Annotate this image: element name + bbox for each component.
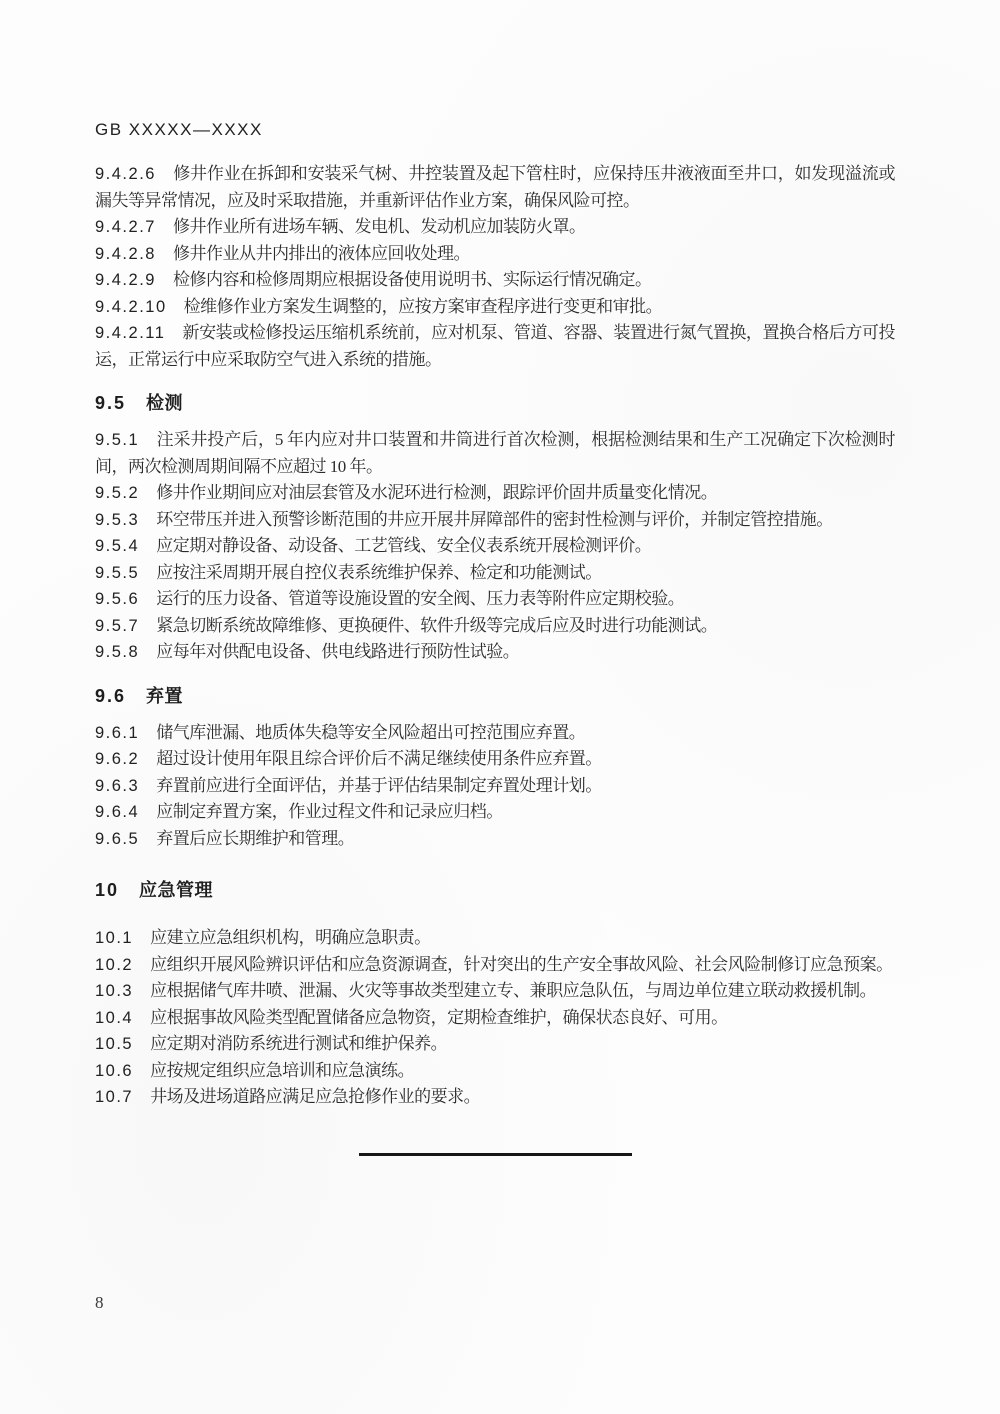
document-content: 9.4.2.6修井作业在拆卸和安装采气树、井控装置及起下管柱时，应保持压井液液面… <box>95 161 895 1156</box>
clause-text: 储气库泄漏、地质体失稳等安全风险超出可控范围应弃置。 <box>156 723 585 742</box>
clause-10.7: 10.7井场及进场道路应满足应急抢修作业的要求。 <box>95 1084 895 1111</box>
clause-number: 9.5.2 <box>95 484 139 502</box>
heading-9.6: 9.6弃置 <box>95 683 895 710</box>
clause-text: 弃置后应长期维护和管理。 <box>156 829 354 848</box>
clause-text: 修井作业从井内排出的液体应回收处理。 <box>173 244 470 263</box>
clause-10.3: 10.3应根据储气库井喷、泄漏、火灾等事故类型建立专、兼职应急队伍，与周边单位建… <box>95 978 895 1005</box>
clause-9.5.8: 9.5.8应每年对供配电设备、供电线路进行预防性试验。 <box>95 639 895 666</box>
clause-10.4: 10.4应根据事故风险类型配置储备应急物资，定期检查维护，确保状态良好、可用。 <box>95 1005 895 1032</box>
page-number: 8 <box>95 1293 104 1313</box>
heading-text: 检测 <box>146 393 183 413</box>
clause-text: 检修内容和检修周期应根据设备使用说明书、实际运行情况确定。 <box>173 270 652 289</box>
clause-text: 新安装或检修投运压缩机系统前，应对机泵、管道、容器、装置进行氮气置换，置换合格后… <box>95 323 895 369</box>
clause-text: 井场及进场道路应满足应急抢修作业的要求。 <box>150 1087 480 1106</box>
clause-9.6.2: 9.6.2超过设计使用年限且综合评价后不满足继续使用条件应弃置。 <box>95 746 895 773</box>
clause-9.6.5: 9.6.5弃置后应长期维护和管理。 <box>95 826 895 853</box>
clause-number: 9.4.2.9 <box>95 271 156 289</box>
clause-9.6.4: 9.6.4应制定弃置方案，作业过程文件和记录应归档。 <box>95 799 895 826</box>
clause-number: 10.4 <box>95 1009 133 1027</box>
clause-text: 应定期对静设备、动设备、工艺管线、安全仪表系统开展检测评价。 <box>156 536 651 555</box>
clause-text: 注采井投产后，5 年内应对井口装置和井筒进行首次检测，根据检测结果和生产工况确定… <box>95 430 895 476</box>
heading-text: 应急管理 <box>139 880 213 900</box>
clause-text: 应根据储气库井喷、泄漏、火灾等事故类型建立专、兼职应急队伍，与周边单位建立联动救… <box>150 981 876 1000</box>
clause-9.6.3: 9.6.3弃置前应进行全面评估，并基于评估结果制定弃置处理计划。 <box>95 773 895 800</box>
document-page: GB XXXXX—XXXX 9.4.2.6修井作业在拆卸和安装采气树、井控装置及… <box>0 0 1000 1414</box>
clause-number: 10.7 <box>95 1088 133 1106</box>
clause-text: 弃置前应进行全面评估，并基于评估结果制定弃置处理计划。 <box>156 776 602 795</box>
end-of-text-rule <box>359 1153 632 1156</box>
clause-text: 应定期对消防系统进行测试和维护保养。 <box>150 1034 447 1053</box>
clause-number: 9.4.2.10 <box>95 298 167 316</box>
clause-9.4.2.10: 9.4.2.10检维修作业方案发生调整的，应按方案审查程序进行变更和审批。 <box>95 294 895 321</box>
clause-number: 10.2 <box>95 956 133 974</box>
clause-9.4.2.7: 9.4.2.7修井作业所有进场车辆、发电机、发动机应加装防火罩。 <box>95 214 895 241</box>
clause-9.4.2.9: 9.4.2.9检修内容和检修周期应根据设备使用说明书、实际运行情况确定。 <box>95 267 895 294</box>
clause-text: 应按注采周期开展自控仪表系统维护保养、检定和功能测试。 <box>156 563 602 582</box>
heading-number: 10 <box>95 880 119 900</box>
clause-text: 运行的压力设备、管道等设施设置的安全阀、压力表等附件应定期校验。 <box>156 589 684 608</box>
clause-10.5: 10.5应定期对消防系统进行测试和维护保养。 <box>95 1031 895 1058</box>
heading-10: 10应急管理 <box>95 877 895 904</box>
clause-9.5.1: 9.5.1注采井投产后，5 年内应对井口装置和井筒进行首次检测，根据检测结果和生… <box>95 427 895 480</box>
clause-text: 修井作业期间应对油层套管及水泥环进行检测，跟踪评价固井质量变化情况。 <box>156 483 717 502</box>
heading-number: 9.5 <box>95 393 126 413</box>
clause-10.6: 10.6应按规定组织应急培训和应急演练。 <box>95 1058 895 1085</box>
clause-number: 9.6.2 <box>95 750 139 768</box>
clause-number: 9.5.6 <box>95 590 139 608</box>
clause-number: 9.5.7 <box>95 617 139 635</box>
heading-9.5: 9.5检测 <box>95 390 895 417</box>
clause-9.5.7: 9.5.7紧急切断系统故障维修、更换硬件、软件升级等完成后应及时进行功能测试。 <box>95 613 895 640</box>
clause-9.5.6: 9.5.6运行的压力设备、管道等设施设置的安全阀、压力表等附件应定期校验。 <box>95 586 895 613</box>
clause-number: 9.6.4 <box>95 803 139 821</box>
clause-text: 紧急切断系统故障维修、更换硬件、软件升级等完成后应及时进行功能测试。 <box>156 616 717 635</box>
clause-10.2: 10.2应组织开展风险辨识评估和应急资源调查，针对突出的生产安全事故风险、社会风… <box>95 952 895 979</box>
clause-10.1: 10.1应建立应急组织机构，明确应急职责。 <box>95 925 895 952</box>
heading-number: 9.6 <box>95 686 126 706</box>
clause-number: 9.5.4 <box>95 537 139 555</box>
clause-text: 检维修作业方案发生调整的，应按方案审查程序进行变更和审批。 <box>184 297 663 316</box>
clause-text: 应根据事故风险类型配置储备应急物资，定期检查维护，确保状态良好、可用。 <box>150 1008 728 1027</box>
clause-number: 9.6.1 <box>95 724 139 742</box>
clause-text: 修井作业所有进场车辆、发电机、发动机应加装防火罩。 <box>173 217 586 236</box>
clause-9.6.1: 9.6.1储气库泄漏、地质体失稳等安全风险超出可控范围应弃置。 <box>95 720 895 747</box>
clause-9.4.2.11: 9.4.2.11新安装或检修投运压缩机系统前，应对机泵、管道、容器、装置进行氮气… <box>95 320 895 373</box>
clause-9.4.2.8: 9.4.2.8修井作业从井内排出的液体应回收处理。 <box>95 241 895 268</box>
clause-number: 9.4.2.8 <box>95 245 156 263</box>
clause-text: 应按规定组织应急培训和应急演练。 <box>150 1061 414 1080</box>
clause-number: 10.5 <box>95 1035 133 1053</box>
clause-9.4.2.6: 9.4.2.6修井作业在拆卸和安装采气树、井控装置及起下管柱时，应保持压井液液面… <box>95 161 895 214</box>
clause-text: 应建立应急组织机构，明确应急职责。 <box>150 928 431 947</box>
clause-text: 应每年对供配电设备、供电线路进行预防性试验。 <box>156 642 519 661</box>
clause-number: 9.6.5 <box>95 830 139 848</box>
clause-number: 9.5.8 <box>95 643 139 661</box>
standard-number-header: GB XXXXX—XXXX <box>95 120 263 140</box>
clause-number: 9.5.3 <box>95 511 139 529</box>
clause-9.5.4: 9.5.4应定期对静设备、动设备、工艺管线、安全仪表系统开展检测评价。 <box>95 533 895 560</box>
clause-text: 应组织开展风险辨识评估和应急资源调查，针对突出的生产安全事故风险、社会风险制修订… <box>150 955 893 974</box>
clause-number: 9.4.2.6 <box>95 165 156 183</box>
clause-number: 9.5.5 <box>95 564 139 582</box>
clause-9.5.3: 9.5.3环空带压并进入预警诊断范围的井应开展井屏障部件的密封性检测与评价，并制… <box>95 507 895 534</box>
clause-text: 修井作业在拆卸和安装采气树、井控装置及起下管柱时，应保持压井液液面至井口，如发现… <box>95 164 895 210</box>
clause-text: 应制定弃置方案，作业过程文件和记录应归档。 <box>156 802 503 821</box>
heading-text: 弃置 <box>146 686 183 706</box>
clause-text: 超过设计使用年限且综合评价后不满足继续使用条件应弃置。 <box>156 749 602 768</box>
clause-number: 10.6 <box>95 1062 133 1080</box>
clause-number: 10.1 <box>95 929 133 947</box>
clause-number: 9.4.2.11 <box>95 324 165 342</box>
clause-9.5.5: 9.5.5应按注采周期开展自控仪表系统维护保养、检定和功能测试。 <box>95 560 895 587</box>
clause-number: 9.5.1 <box>95 431 139 449</box>
clause-number: 9.6.3 <box>95 777 139 795</box>
clause-text: 环空带压并进入预警诊断范围的井应开展井屏障部件的密封性检测与评价，并制定管控措施… <box>156 510 833 529</box>
clause-number: 9.4.2.7 <box>95 218 156 236</box>
clause-9.5.2: 9.5.2修井作业期间应对油层套管及水泥环进行检测，跟踪评价固井质量变化情况。 <box>95 480 895 507</box>
clause-number: 10.3 <box>95 982 133 1000</box>
